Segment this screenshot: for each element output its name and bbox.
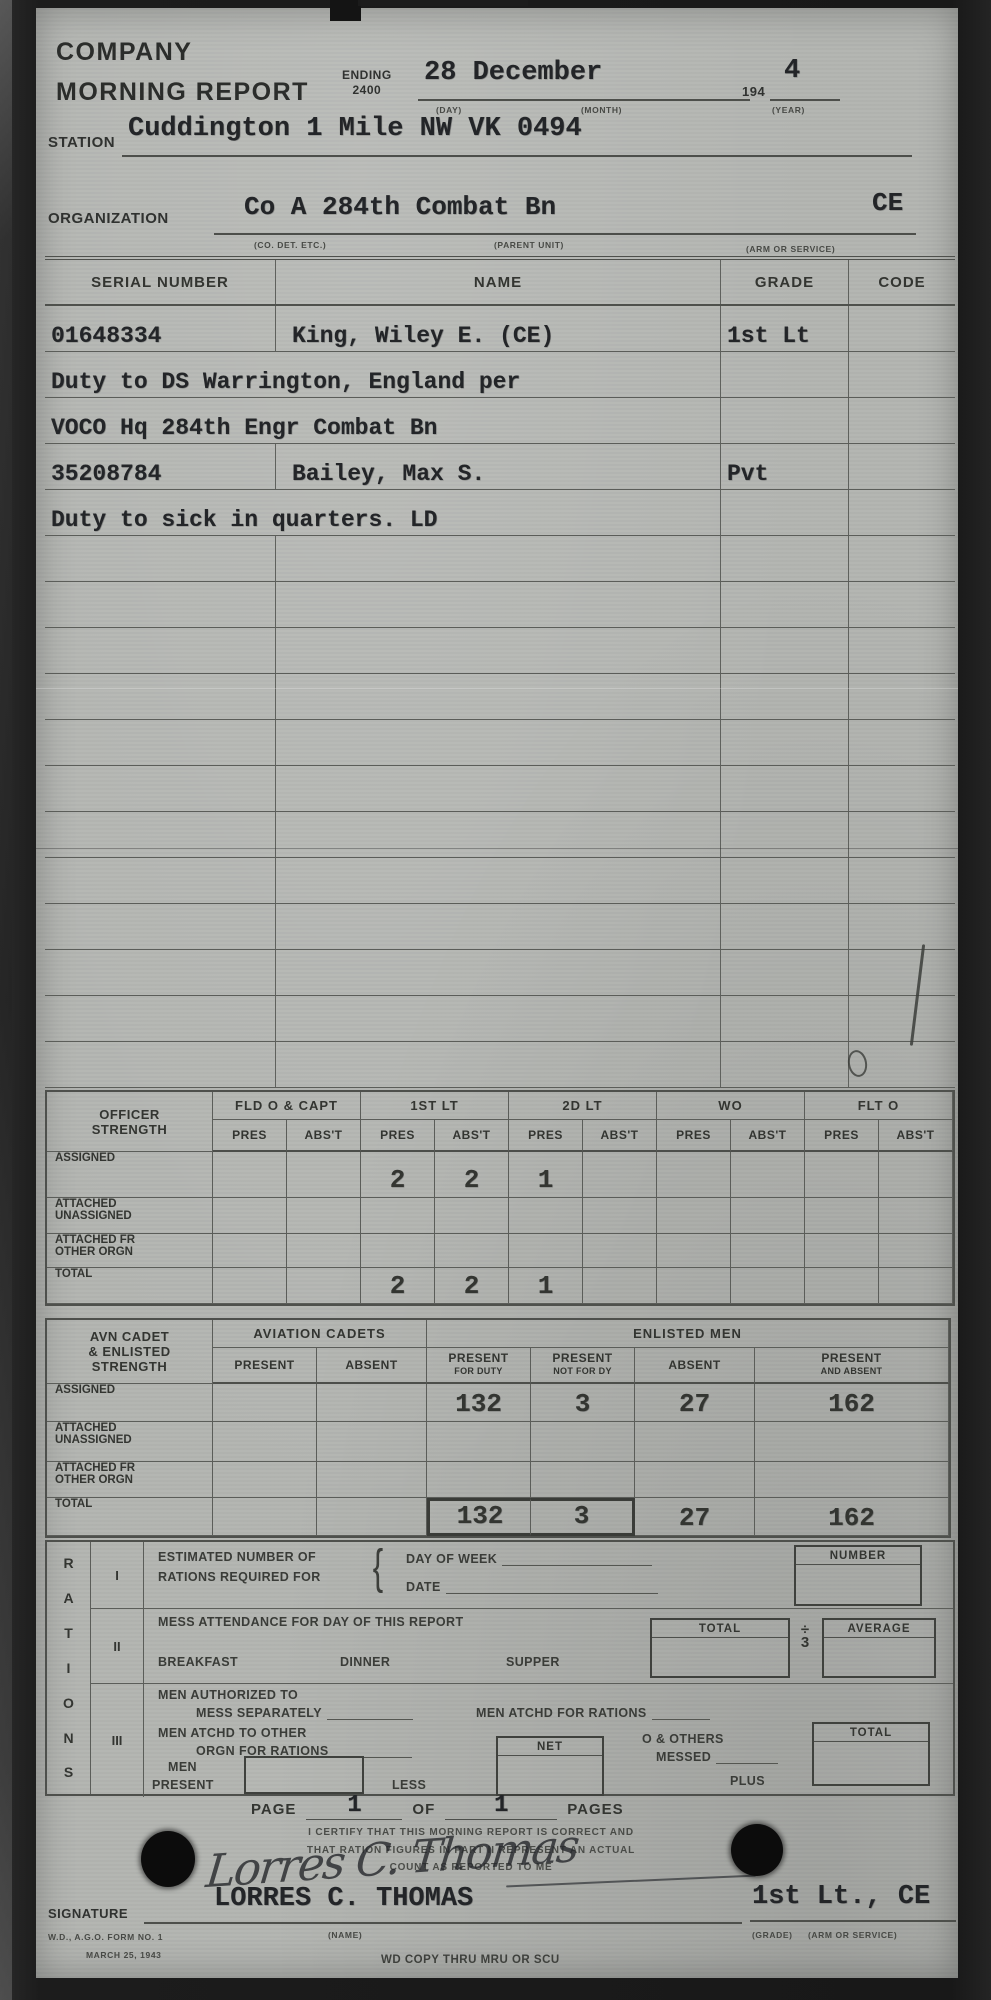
- enlisted-subheader-line1: PRESENT: [552, 1353, 612, 1364]
- rations-row-3-numeral: III: [91, 1684, 144, 1797]
- officer-value-cell: [879, 1234, 953, 1268]
- roster-code-cell: [848, 352, 955, 397]
- less-label: LESS: [392, 1778, 426, 1792]
- enlisted-value-cell: 162: [755, 1384, 949, 1422]
- men-label: MEN: [168, 1760, 197, 1774]
- rations-letter: N: [63, 1730, 73, 1746]
- month-sublabel: (MONTH): [581, 105, 622, 115]
- roster-serial-cell: [45, 582, 275, 627]
- scan-scratch-2: [36, 848, 958, 849]
- officer-value-cell: 1: [509, 1268, 583, 1304]
- officer-value-cell: 2: [361, 1152, 435, 1198]
- roster-code-cell: [848, 490, 955, 535]
- ending-time: 2400: [342, 83, 392, 98]
- arm-sublabel: (ARM OR SERVICE): [808, 1930, 897, 1940]
- men-atchd-rations-blank: [652, 1708, 710, 1720]
- enlisted-value-cell: [635, 1462, 755, 1498]
- officer-value-cell: [879, 1268, 953, 1304]
- enlisted-value-cell: [317, 1422, 427, 1462]
- enlisted-value-cell: [317, 1462, 427, 1498]
- roster-header-name: NAME: [275, 260, 720, 304]
- page-count-line: PAGE 1 OF 1 PAGES: [251, 1794, 624, 1820]
- rations-total-label: TOTAL: [814, 1724, 928, 1742]
- day-of-week-label: DAY OF WEEK: [406, 1552, 497, 1566]
- officer-value-cell: [879, 1152, 953, 1198]
- officer-row-label: ATTACHEDUNASSIGNED: [47, 1198, 213, 1234]
- men-atchd-rations-field: MEN ATCHD FOR RATIONS: [476, 1706, 710, 1720]
- roster-row: 35208784Bailey, Max S.Pvt: [45, 444, 955, 490]
- enlisted-row-label-line: ASSIGNED: [55, 1384, 115, 1396]
- enlisted-subheader-line2: FOR DUTY: [454, 1366, 502, 1377]
- signed-name-typed: LORRES C. THOMAS: [214, 1884, 473, 1914]
- officer-strength-table: OFFICERSTRENGTHFLD O & CAPT1ST LT2D LTWO…: [45, 1090, 955, 1306]
- messed-label: MESSED: [656, 1750, 711, 1764]
- officer-row-label-line: ASSIGNED: [55, 1152, 115, 1164]
- men-present-box: [244, 1756, 364, 1794]
- officer-value-cell: [213, 1198, 287, 1234]
- officer-value-cell: [361, 1198, 435, 1234]
- enlisted-row-label-line: OTHER ORGN: [55, 1474, 133, 1486]
- punch-hole-right: [731, 1824, 783, 1876]
- officer-value-cell: [435, 1234, 509, 1268]
- roster-serial-cell: [45, 996, 275, 1041]
- roster-grade-cell: [720, 582, 848, 627]
- officer-value-cell: [287, 1234, 361, 1268]
- roster-grade-cell: Pvt: [720, 444, 848, 489]
- ending-label: ENDING 2400: [342, 68, 392, 98]
- enlisted-value-cell: 132: [427, 1498, 531, 1536]
- officer-row-label-line: ATTACHED FR: [55, 1234, 135, 1246]
- plus-label: PLUS: [730, 1774, 765, 1788]
- roster-header-code: CODE: [848, 260, 955, 304]
- roster-serial-cell: [45, 720, 275, 765]
- men-atchd-other-label: MEN ATCHD TO OTHER: [158, 1726, 307, 1740]
- enlisted-men-header: ENLISTED MEN: [427, 1320, 949, 1348]
- form-title-line2: MORNING REPORT: [56, 78, 309, 107]
- form-title-line1: COMPANY: [56, 38, 192, 67]
- roster-row: Duty to DS Warrington, England per: [45, 352, 955, 398]
- roster-grade-cell: [720, 490, 848, 535]
- officer-value-cell: [287, 1152, 361, 1198]
- roster-row: [45, 904, 955, 950]
- officer-value-cell: [583, 1234, 657, 1268]
- officer-value-cell: [583, 1198, 657, 1234]
- number-box: NUMBER: [794, 1545, 922, 1606]
- organization-underline: [214, 233, 916, 235]
- enlisted-subheader: PRESENTNOT FOR DY: [531, 1348, 635, 1384]
- roster-row: [45, 582, 955, 628]
- grade-sublabel: (GRADE): [752, 1930, 793, 1940]
- punch-hole-left: [141, 1831, 195, 1887]
- roster-row: [45, 950, 955, 996]
- of-label: OF: [412, 1801, 435, 1820]
- net-box: NET: [496, 1736, 604, 1796]
- roster-remark-cell: VOCO Hq 284th Engr Combat Bn: [45, 398, 720, 443]
- roster-row: [45, 766, 955, 812]
- messed-blank: [716, 1752, 778, 1764]
- station-underline: [122, 155, 912, 157]
- enlisted-value-cell: 3: [531, 1384, 635, 1422]
- roster-grade-cell: [720, 950, 848, 995]
- officer-value-cell: [731, 1152, 805, 1198]
- organization-label: ORGANIZATION: [48, 210, 169, 227]
- organization-value: Co A 284th Combat Bn: [244, 192, 556, 222]
- men-atchd-rations-label: MEN ATCHD FOR RATIONS: [476, 1706, 647, 1720]
- officer-value-cell: [879, 1198, 953, 1234]
- rations-letter: T: [64, 1625, 73, 1641]
- scan-edge-mark: [358, 0, 528, 6]
- rations-letter: O: [63, 1695, 74, 1711]
- roster-serial-cell: 01648334: [45, 306, 275, 351]
- roster-name-cell: [275, 904, 720, 949]
- year-printed: 194: [742, 84, 765, 99]
- number-box-label: NUMBER: [796, 1547, 920, 1565]
- enlisted-subheader: PRESENT: [213, 1348, 317, 1384]
- roster-row: [45, 1042, 955, 1088]
- officer-value-cell: [731, 1198, 805, 1234]
- present-label: PRESENT: [152, 1778, 214, 1792]
- mess-total-label: TOTAL: [652, 1620, 788, 1638]
- enlisted-row-label: ASSIGNED: [47, 1384, 213, 1422]
- roster-name-cell: Bailey, Max S.: [275, 444, 720, 489]
- enlisted-value-cell: [427, 1422, 531, 1462]
- org-sublabel-co: (CO. DET. ETC.): [254, 240, 326, 250]
- officer-subheader: PRES: [213, 1120, 287, 1152]
- rations-section: RATIONS I ESTIMATED NUMBER OF RATIONS RE…: [45, 1540, 955, 1796]
- enlisted-row-label-line: UNASSIGNED: [55, 1434, 132, 1446]
- officer-row-label: ATTACHED FROTHER ORGN: [47, 1234, 213, 1268]
- roster-name-cell: [275, 628, 720, 673]
- roster-grade-cell: [720, 996, 848, 1041]
- roster-code-cell: [848, 904, 955, 949]
- roster-code-cell: [848, 950, 955, 995]
- roster-code-cell: [848, 858, 955, 903]
- grade-underline: [750, 1920, 956, 1922]
- officer-title-line: STRENGTH: [92, 1122, 168, 1137]
- officer-subheader: ABS'T: [435, 1120, 509, 1152]
- officer-group-header: FLT O: [805, 1092, 953, 1120]
- roster-grade-cell: [720, 536, 848, 581]
- signer-grade-typed: 1st Lt., CE: [752, 1882, 930, 1912]
- officer-subheader: ABS'T: [879, 1120, 953, 1152]
- roster-name-cell: [275, 950, 720, 995]
- enlisted-subheader: PRESENTFOR DUTY: [427, 1348, 531, 1384]
- arm-service-value: CE: [872, 188, 903, 218]
- day-of-week-field: DAY OF WEEK: [406, 1552, 652, 1566]
- enlisted-row-label: ATTACHED FROTHER ORGN: [47, 1462, 213, 1498]
- roster-name-cell: [275, 812, 720, 857]
- roster-row: [45, 858, 955, 904]
- page-label: PAGE: [251, 1801, 296, 1820]
- roster-serial-cell: [45, 812, 275, 857]
- enlisted-subheader-line1: PRESENT: [234, 1360, 294, 1371]
- rations-row-3: III MEN AUTHORIZED TO MESS SEPARATELY ME…: [91, 1684, 953, 1797]
- rations-row-2-numeral: II: [91, 1609, 144, 1683]
- officer-value-cell: [805, 1152, 879, 1198]
- roster-grade-cell: [720, 904, 848, 949]
- enlisted-subheader: PRESENTAND ABSENT: [755, 1348, 949, 1384]
- roster-code-cell: [848, 674, 955, 719]
- roster-serial-cell: [45, 628, 275, 673]
- rations-total-box: TOTAL: [812, 1722, 930, 1786]
- roster-grade-cell: [720, 674, 848, 719]
- ending-word: ENDING: [342, 68, 392, 83]
- roster-remark-cell: Duty to DS Warrington, England per: [45, 352, 720, 397]
- rations-side-letters: RATIONS: [47, 1542, 91, 1794]
- roster-name-cell: [275, 536, 720, 581]
- officer-value-cell: [657, 1198, 731, 1234]
- enlisted-value-cell: [531, 1462, 635, 1498]
- rations1-label2: RATIONS REQUIRED FOR: [158, 1570, 321, 1584]
- roster-row: [45, 720, 955, 766]
- rations-letter: A: [63, 1590, 73, 1606]
- org-sublabel-parent: (PARENT UNIT): [494, 240, 564, 250]
- officer-value-cell: [805, 1198, 879, 1234]
- roster-row: 01648334King, Wiley E. (CE)1st Lt: [45, 306, 955, 352]
- officer-row-label-line: ATTACHED: [55, 1198, 117, 1210]
- roster-code-cell: [848, 720, 955, 765]
- officer-value-cell: [657, 1152, 731, 1198]
- roster-header-grade: GRADE: [720, 260, 848, 304]
- officer-subheader: PRES: [805, 1120, 879, 1152]
- enlisted-value-cell: [635, 1422, 755, 1462]
- enlisted-row-label-line: ATTACHED FR: [55, 1462, 135, 1474]
- scan-notch: [330, 0, 361, 21]
- pages-total: 1: [445, 1794, 557, 1820]
- form-date: MARCH 25, 1943: [86, 1950, 161, 1960]
- officer-group-header: FLD O & CAPT: [213, 1092, 361, 1120]
- aviation-cadets-header: AVIATION CADETS: [213, 1320, 427, 1348]
- year-underline: [770, 99, 840, 101]
- rations-row-1: I ESTIMATED NUMBER OF RATIONS REQUIRED F…: [91, 1542, 953, 1609]
- roster-name-cell: [275, 582, 720, 627]
- officer-subheader: PRES: [657, 1120, 731, 1152]
- officer-subheader: ABS'T: [731, 1120, 805, 1152]
- officer-group-header: 1ST LT: [361, 1092, 509, 1120]
- station-value: Cuddington 1 Mile NW VK 0494: [128, 114, 582, 144]
- roster-code-cell: [848, 812, 955, 857]
- officer-value-cell: [509, 1234, 583, 1268]
- rations1-label1: ESTIMATED NUMBER OF: [158, 1550, 316, 1564]
- roster-remark-cell: Duty to sick in quarters. LD: [45, 490, 720, 535]
- enlisted-subheader-line1: ABSENT: [668, 1360, 720, 1371]
- officer-value-cell: [213, 1152, 287, 1198]
- average-box-label: AVERAGE: [824, 1620, 934, 1638]
- day-of-week-blank: [502, 1554, 652, 1566]
- date-field-label: DATE: [406, 1580, 441, 1594]
- date-underline: [418, 99, 750, 101]
- officer-value-cell: [583, 1152, 657, 1198]
- officer-value-cell: [731, 1268, 805, 1304]
- enlisted-subheader: ABSENT: [635, 1348, 755, 1384]
- scan-scratch-1: [36, 688, 958, 689]
- enlisted-value-cell: [427, 1462, 531, 1498]
- roster-grade-cell: [720, 766, 848, 811]
- rations-letter: I: [67, 1660, 71, 1676]
- officer-value-cell: [805, 1268, 879, 1304]
- date-field-blank: [446, 1582, 658, 1594]
- roster-name-cell: [275, 720, 720, 765]
- scan-stage: COMPANY MORNING REPORT ENDING 2400 28 De…: [0, 0, 991, 2000]
- roster-code-cell: [848, 444, 955, 489]
- officer-value-cell: [435, 1198, 509, 1234]
- enlisted-row-label: TOTAL: [47, 1498, 213, 1536]
- roster-serial-cell: [45, 1042, 275, 1087]
- roster-code-cell: [848, 306, 955, 351]
- roster-serial-cell: [45, 950, 275, 995]
- enlisted-title: AVN CADET& ENLISTEDSTRENGTH: [47, 1320, 213, 1384]
- roster-code-cell: [848, 996, 955, 1041]
- officer-value-cell: [287, 1198, 361, 1234]
- roster-header-serial-number: SERIAL NUMBER: [45, 260, 275, 304]
- average-box: AVERAGE: [822, 1618, 936, 1678]
- enlisted-subheader-line1: ABSENT: [345, 1360, 397, 1371]
- date-field: DATE: [406, 1580, 658, 1594]
- roster-serial-cell: 35208784: [45, 444, 275, 489]
- name-sublabel: (NAME): [328, 1930, 362, 1940]
- roster-code-cell: [848, 536, 955, 581]
- officer-value-cell: [731, 1234, 805, 1268]
- officer-subheader: PRES: [361, 1120, 435, 1152]
- enlisted-subheader-line1: PRESENT: [448, 1353, 508, 1364]
- roster-row: [45, 812, 955, 858]
- mess-separately-label: MESS SEPARATELY: [196, 1706, 322, 1720]
- officer-group-header: WO: [657, 1092, 805, 1120]
- wd-copy-note: WD COPY THRU MRU OR SCU: [381, 1954, 560, 1966]
- enlisted-value-cell: [213, 1422, 317, 1462]
- officer-value-cell: [213, 1268, 287, 1304]
- officer-value-cell: [805, 1234, 879, 1268]
- officer-value-cell: [583, 1268, 657, 1304]
- report-date-value: 28 December: [424, 58, 602, 88]
- officer-value-cell: [509, 1198, 583, 1234]
- mess-attendance-label: MESS ATTENDANCE FOR DAY OF THIS REPORT: [158, 1615, 464, 1629]
- enlisted-value-cell: [317, 1498, 427, 1536]
- enlisted-subheader: ABSENT: [317, 1348, 427, 1384]
- officer-value-cell: [657, 1234, 731, 1268]
- enlisted-row-label: ATTACHEDUNASSIGNED: [47, 1422, 213, 1462]
- officer-title-line: OFFICER: [99, 1107, 160, 1122]
- officer-subheader: ABS'T: [583, 1120, 657, 1152]
- officer-value-cell: [361, 1234, 435, 1268]
- men-authorized-label: MEN AUTHORIZED TO: [158, 1688, 298, 1702]
- roster-serial-cell: [45, 536, 275, 581]
- officer-value-cell: 2: [435, 1152, 509, 1198]
- roster-table: SERIAL NUMBERNAMEGRADECODE01648334King, …: [45, 256, 955, 1088]
- supper-label: SUPPER: [506, 1655, 560, 1669]
- signature-flourish: [506, 1875, 756, 1888]
- net-box-label: NET: [498, 1738, 602, 1756]
- roster-grade-cell: [720, 1042, 848, 1087]
- roster-name-cell: [275, 1042, 720, 1087]
- enlisted-strength-table: AVN CADET& ENLISTEDSTRENGTHAVIATION CADE…: [45, 1318, 951, 1538]
- enlisted-value-cell: [755, 1422, 949, 1462]
- officer-row-label-line: TOTAL: [55, 1268, 92, 1280]
- enlisted-value-cell: [213, 1384, 317, 1422]
- roster-row: [45, 536, 955, 582]
- officer-subheader: PRES: [509, 1120, 583, 1152]
- form-number: W.D., A.G.O. FORM NO. 1: [48, 1932, 163, 1942]
- signature-label: SIGNATURE: [48, 1906, 128, 1921]
- officer-value-cell: 2: [361, 1268, 435, 1304]
- pages-label: PAGES: [567, 1801, 623, 1820]
- officer-group-header: 2D LT: [509, 1092, 657, 1120]
- enlisted-row-label-line: ATTACHED: [55, 1422, 117, 1434]
- enlisted-value-cell: 132: [427, 1384, 531, 1422]
- year-typed: 4: [784, 56, 800, 86]
- enlisted-value-cell: 27: [635, 1498, 755, 1536]
- roster-code-cell: [848, 398, 955, 443]
- page-number: 1: [306, 1794, 402, 1820]
- mess-total-box: TOTAL: [650, 1618, 790, 1678]
- enlisted-title-line: STRENGTH: [92, 1359, 168, 1374]
- enlisted-title-line: & ENLISTED: [88, 1344, 170, 1359]
- morning-report-form: COMPANY MORNING REPORT ENDING 2400 28 De…: [36, 8, 958, 1978]
- officer-value-cell: [657, 1268, 731, 1304]
- roster-grade-cell: [720, 720, 848, 765]
- officer-row-label: ASSIGNED: [47, 1152, 213, 1198]
- roster-grade-cell: [720, 398, 848, 443]
- enlisted-subheader-line1: PRESENT: [821, 1353, 881, 1364]
- o-and-others-label: O & OTHERS: [642, 1732, 724, 1746]
- divide-by-three: ÷ 3: [792, 1623, 818, 1649]
- roster-grade-cell: [720, 352, 848, 397]
- roster-grade-cell: [720, 858, 848, 903]
- roster-code-cell: [848, 628, 955, 673]
- officer-row-label-line: UNASSIGNED: [55, 1210, 132, 1222]
- roster-name-cell: King, Wiley E. (CE): [275, 306, 720, 351]
- rations-letter: S: [64, 1764, 73, 1780]
- breakfast-label: BREAKFAST: [158, 1655, 238, 1669]
- enlisted-value-cell: 3: [531, 1498, 635, 1536]
- roster-name-cell: [275, 996, 720, 1041]
- enlisted-row-label-line: TOTAL: [55, 1498, 92, 1510]
- officer-value-cell: [287, 1268, 361, 1304]
- arm-service-sublabel: (ARM OR SERVICE): [746, 244, 835, 254]
- roster-serial-cell: [45, 858, 275, 903]
- signature-underline: [144, 1922, 742, 1924]
- divisor-three: 3: [792, 1636, 818, 1649]
- enlisted-subheader-line2: NOT FOR DY: [553, 1366, 612, 1377]
- roster-code-cell: [848, 582, 955, 627]
- enlisted-value-cell: 27: [635, 1384, 755, 1422]
- roster-serial-cell: [45, 674, 275, 719]
- roster-grade-cell: [720, 628, 848, 673]
- officer-value-cell: [213, 1234, 287, 1268]
- officer-value-cell: 1: [509, 1152, 583, 1198]
- enlisted-value-cell: [755, 1462, 949, 1498]
- officer-row-label: TOTAL: [47, 1268, 213, 1304]
- station-label: STATION: [48, 134, 115, 151]
- roster-row: [45, 628, 955, 674]
- enlisted-value-cell: 162: [755, 1498, 949, 1536]
- rations-row-1-numeral: I: [91, 1542, 144, 1608]
- roster-grade-cell: 1st Lt: [720, 306, 848, 351]
- roster-row: [45, 674, 955, 720]
- officer-title: OFFICERSTRENGTH: [47, 1092, 213, 1152]
- roster-name-cell: [275, 858, 720, 903]
- roster-header-row: SERIAL NUMBERNAMEGRADECODE: [45, 260, 955, 306]
- roster-row: Duty to sick in quarters. LD: [45, 490, 955, 536]
- officer-value-cell: 2: [435, 1268, 509, 1304]
- enlisted-value-cell: [213, 1498, 317, 1536]
- rations-row-2: II MESS ATTENDANCE FOR DAY OF THIS REPOR…: [91, 1609, 953, 1684]
- rations-rows: I ESTIMATED NUMBER OF RATIONS REQUIRED F…: [91, 1542, 953, 1794]
- brace-glyph: {: [373, 1540, 383, 1595]
- roster-grade-cell: [720, 812, 848, 857]
- year-sublabel: (YEAR): [772, 105, 805, 115]
- messed-field: MESSED: [656, 1750, 778, 1764]
